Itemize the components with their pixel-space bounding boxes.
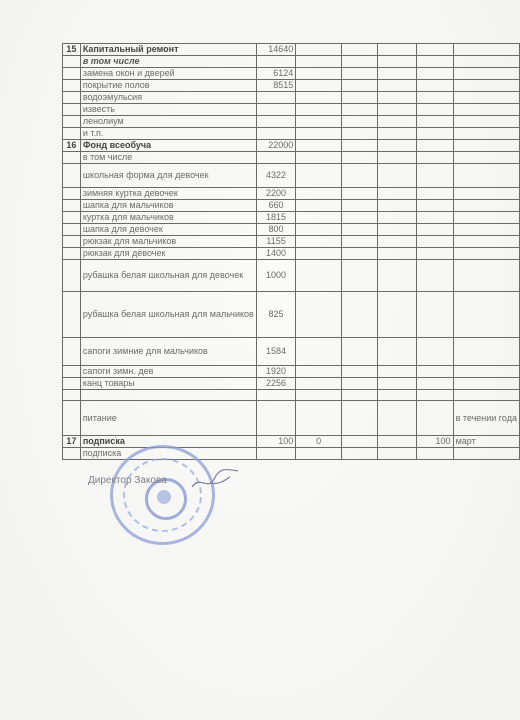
column-6-cell (377, 116, 416, 128)
period-cell (453, 128, 519, 140)
amount-cell: 2256 (256, 378, 295, 390)
period-cell (453, 378, 519, 390)
table-row: рубашка белая школьная для мальчиков825 (63, 292, 520, 338)
row-number-cell (63, 338, 81, 366)
column-6-cell (377, 140, 416, 152)
item-name-cell: питание (80, 401, 256, 436)
column-6-cell (377, 448, 416, 460)
column-6-cell (377, 390, 416, 401)
table-row: канц товары2256 (63, 378, 520, 390)
stamp-emblem-icon (157, 490, 171, 504)
column-7-cell (416, 92, 453, 104)
column-4-cell (296, 140, 342, 152)
item-name-cell: покрытие полов (80, 80, 256, 92)
amount-cell (256, 56, 295, 68)
table-row: замена окон и дверей6124 (63, 68, 520, 80)
director-signature-label: Директор Закова (88, 475, 167, 486)
amount-cell (256, 104, 295, 116)
amount-cell (256, 128, 295, 140)
item-name-cell: канц товары (80, 378, 256, 390)
item-name-cell: замена окон и дверей (80, 68, 256, 80)
column-4-cell (296, 164, 342, 188)
row-number-cell (63, 224, 81, 236)
period-cell (453, 224, 519, 236)
row-number-cell (63, 260, 81, 292)
row-number-cell (63, 128, 81, 140)
table-row: ленолиум (63, 116, 520, 128)
column-5-cell (341, 390, 377, 401)
item-name-cell: зимняя куртка девочек (80, 188, 256, 200)
item-name-cell: известь (80, 104, 256, 116)
column-7-cell (416, 366, 453, 378)
period-cell (453, 338, 519, 366)
column-6-cell (377, 104, 416, 116)
table-row: рюкзак для девочек1400 (63, 248, 520, 260)
row-number-cell (63, 401, 81, 436)
column-4-cell (296, 292, 342, 338)
column-4-cell (296, 56, 342, 68)
row-number-cell: 16 (63, 140, 81, 152)
column-4-cell (296, 378, 342, 390)
table-row: 17подписка1000100март (63, 436, 520, 448)
amount-cell (256, 448, 295, 460)
period-cell (453, 366, 519, 378)
period-cell (453, 44, 519, 56)
budget-table: 15Капитальный ремонт14640в том числезаме… (62, 43, 520, 460)
table-row: шапка для девочек800 (63, 224, 520, 236)
table-row (63, 390, 520, 401)
row-number-cell (63, 378, 81, 390)
column-5-cell (341, 224, 377, 236)
column-7-cell (416, 44, 453, 56)
column-6-cell (377, 292, 416, 338)
column-5-cell (341, 212, 377, 224)
column-7-cell (416, 378, 453, 390)
column-7-cell (416, 164, 453, 188)
column-7-cell (416, 260, 453, 292)
column-5-cell (341, 436, 377, 448)
period-cell (453, 260, 519, 292)
column-4-cell (296, 128, 342, 140)
column-5-cell (341, 140, 377, 152)
column-6-cell (377, 164, 416, 188)
period-cell (453, 92, 519, 104)
table-row: рюкзак для мальчиков1155 (63, 236, 520, 248)
row-number-cell (63, 292, 81, 338)
amount-cell: 1584 (256, 338, 295, 366)
table-row: 15Капитальный ремонт14640 (63, 44, 520, 56)
period-cell (453, 68, 519, 80)
column-7-cell (416, 140, 453, 152)
column-6-cell (377, 152, 416, 164)
column-5-cell (341, 401, 377, 436)
table-row: известь (63, 104, 520, 116)
column-7-cell (416, 292, 453, 338)
column-6-cell (377, 212, 416, 224)
column-5-cell (341, 128, 377, 140)
column-4-cell (296, 401, 342, 436)
period-cell (453, 104, 519, 116)
column-5-cell (341, 236, 377, 248)
period-cell (453, 212, 519, 224)
amount-cell: 800 (256, 224, 295, 236)
column-5-cell (341, 68, 377, 80)
column-6-cell (377, 366, 416, 378)
item-name-cell: шапка для девочек (80, 224, 256, 236)
amount-cell: 100 (256, 436, 295, 448)
row-number-cell (63, 68, 81, 80)
row-number-cell (63, 104, 81, 116)
amount-cell: 1000 (256, 260, 295, 292)
amount-cell: 2200 (256, 188, 295, 200)
column-4-cell (296, 80, 342, 92)
row-number-cell (63, 448, 81, 460)
column-4-cell (296, 200, 342, 212)
amount-cell: 1155 (256, 236, 295, 248)
column-4-cell (296, 188, 342, 200)
column-7-cell (416, 104, 453, 116)
table-row: 16Фонд всеобуча22000 (63, 140, 520, 152)
column-5-cell (341, 92, 377, 104)
column-4-cell (296, 116, 342, 128)
amount-cell (256, 401, 295, 436)
item-name-cell (80, 390, 256, 401)
item-name-cell: шапка для мальчиков (80, 200, 256, 212)
period-cell (453, 116, 519, 128)
column-5-cell (341, 366, 377, 378)
column-4-cell (296, 236, 342, 248)
row-number-cell (63, 152, 81, 164)
item-name-cell: сапоги зимн. дев (80, 366, 256, 378)
column-6-cell (377, 44, 416, 56)
column-5-cell (341, 164, 377, 188)
column-7-cell (416, 188, 453, 200)
table-row: сапоги зимние для мальчиков1584 (63, 338, 520, 366)
amount-cell: 1400 (256, 248, 295, 260)
period-cell (453, 164, 519, 188)
column-6-cell (377, 92, 416, 104)
period-cell (453, 140, 519, 152)
item-name-cell: куртка для мальчиков (80, 212, 256, 224)
table-row: куртка для мальчиков1815 (63, 212, 520, 224)
row-number-cell (63, 56, 81, 68)
column-7-cell (416, 224, 453, 236)
period-cell (453, 236, 519, 248)
column-5-cell (341, 80, 377, 92)
column-7-cell (416, 401, 453, 436)
amount-cell: 14640 (256, 44, 295, 56)
period-cell (453, 448, 519, 460)
column-6-cell (377, 378, 416, 390)
column-7-cell (416, 212, 453, 224)
item-name-cell: рюкзак для мальчиков (80, 236, 256, 248)
row-number-cell (63, 366, 81, 378)
item-name-cell: рюкзак для девочек (80, 248, 256, 260)
column-6-cell (377, 236, 416, 248)
row-number-cell (63, 236, 81, 248)
column-7-cell (416, 236, 453, 248)
period-cell (453, 188, 519, 200)
item-name-cell: школьная форма для девочек (80, 164, 256, 188)
column-6-cell (377, 68, 416, 80)
column-4-cell (296, 152, 342, 164)
amount-cell: 8515 (256, 80, 295, 92)
table-row: питаниев течении года (63, 401, 520, 436)
item-name-cell: рубашка белая школьная для мальчиков (80, 292, 256, 338)
period-cell (453, 200, 519, 212)
item-name-cell: Капитальный ремонт (80, 44, 256, 56)
column-4-cell (296, 338, 342, 366)
amount-cell: 1920 (256, 366, 295, 378)
amount-cell: 22000 (256, 140, 295, 152)
column-5-cell (341, 116, 377, 128)
column-4-cell (296, 390, 342, 401)
period-cell (453, 152, 519, 164)
row-number-cell (63, 248, 81, 260)
row-number-cell (63, 390, 81, 401)
column-5-cell (341, 152, 377, 164)
column-7-cell (416, 448, 453, 460)
item-name-cell: в том числе (80, 152, 256, 164)
column-5-cell (341, 260, 377, 292)
amount-cell: 1815 (256, 212, 295, 224)
column-4-cell (296, 248, 342, 260)
table-row: в том числе (63, 56, 520, 68)
table-row: школьная форма для девочек4322 (63, 164, 520, 188)
column-6-cell (377, 401, 416, 436)
column-5-cell (341, 44, 377, 56)
table-row: покрытие полов8515 (63, 80, 520, 92)
period-cell (453, 390, 519, 401)
period-cell (453, 292, 519, 338)
period-cell (453, 80, 519, 92)
column-4-cell (296, 448, 342, 460)
table-row: в том числе (63, 152, 520, 164)
column-5-cell (341, 248, 377, 260)
table-row: зимняя куртка девочек2200 (63, 188, 520, 200)
period-cell (453, 248, 519, 260)
column-4-cell (296, 92, 342, 104)
column-6-cell (377, 200, 416, 212)
column-5-cell (341, 292, 377, 338)
column-6-cell (377, 248, 416, 260)
budget-table-body: 15Капитальный ремонт14640в том числезаме… (63, 44, 520, 460)
column-7-cell (416, 338, 453, 366)
column-6-cell (377, 80, 416, 92)
row-number-cell (63, 212, 81, 224)
row-number-cell (63, 164, 81, 188)
amount-cell: 4322 (256, 164, 295, 188)
column-6-cell (377, 338, 416, 366)
column-7-cell (416, 80, 453, 92)
column-4-cell (296, 104, 342, 116)
column-5-cell (341, 338, 377, 366)
signature-scribble-icon (190, 465, 240, 495)
period-cell: в течении года (453, 401, 519, 436)
column-7-cell (416, 390, 453, 401)
column-7-cell (416, 68, 453, 80)
amount-cell (256, 116, 295, 128)
column-4-cell (296, 260, 342, 292)
column-7-cell (416, 56, 453, 68)
item-name-cell: рубашка белая школьная для девочек (80, 260, 256, 292)
table-row: сапоги зимн. дев1920 (63, 366, 520, 378)
item-name-cell: Фонд всеобуча (80, 140, 256, 152)
item-name-cell: сапоги зимние для мальчиков (80, 338, 256, 366)
amount-cell: 825 (256, 292, 295, 338)
column-7-cell (416, 200, 453, 212)
column-6-cell (377, 188, 416, 200)
item-name-cell: ленолиум (80, 116, 256, 128)
item-name-cell: водоэмульсия (80, 92, 256, 104)
table-row: рубашка белая школьная для девочек1000 (63, 260, 520, 292)
row-number-cell (63, 80, 81, 92)
column-5-cell (341, 56, 377, 68)
row-number-cell: 17 (63, 436, 81, 448)
column-4-cell (296, 44, 342, 56)
column-7-cell (416, 128, 453, 140)
column-5-cell (341, 188, 377, 200)
row-number-cell (63, 188, 81, 200)
column-4-cell (296, 68, 342, 80)
column-6-cell (377, 56, 416, 68)
column-5-cell (341, 104, 377, 116)
amount-cell (256, 92, 295, 104)
table-row: и т.п. (63, 128, 520, 140)
table-row: шапка для мальчиков660 (63, 200, 520, 212)
column-6-cell (377, 436, 416, 448)
column-5-cell (341, 448, 377, 460)
column-5-cell (341, 200, 377, 212)
table-row: водоэмульсия (63, 92, 520, 104)
column-6-cell (377, 224, 416, 236)
column-4-cell (296, 224, 342, 236)
column-7-cell (416, 152, 453, 164)
amount-cell (256, 152, 295, 164)
item-name-cell: и т.п. (80, 128, 256, 140)
column-6-cell (377, 128, 416, 140)
column-7-cell (416, 116, 453, 128)
column-7-cell (416, 248, 453, 260)
column-6-cell (377, 260, 416, 292)
row-number-cell (63, 200, 81, 212)
official-stamp (110, 445, 215, 545)
amount-cell (256, 390, 295, 401)
column-7-cell: 100 (416, 436, 453, 448)
amount-cell: 660 (256, 200, 295, 212)
column-4-cell (296, 212, 342, 224)
row-number-cell: 15 (63, 44, 81, 56)
item-name-cell: в том числе (80, 56, 256, 68)
row-number-cell (63, 92, 81, 104)
column-4-cell: 0 (296, 436, 342, 448)
column-4-cell (296, 366, 342, 378)
period-cell: март (453, 436, 519, 448)
period-cell (453, 56, 519, 68)
row-number-cell (63, 116, 81, 128)
amount-cell: 6124 (256, 68, 295, 80)
column-5-cell (341, 378, 377, 390)
